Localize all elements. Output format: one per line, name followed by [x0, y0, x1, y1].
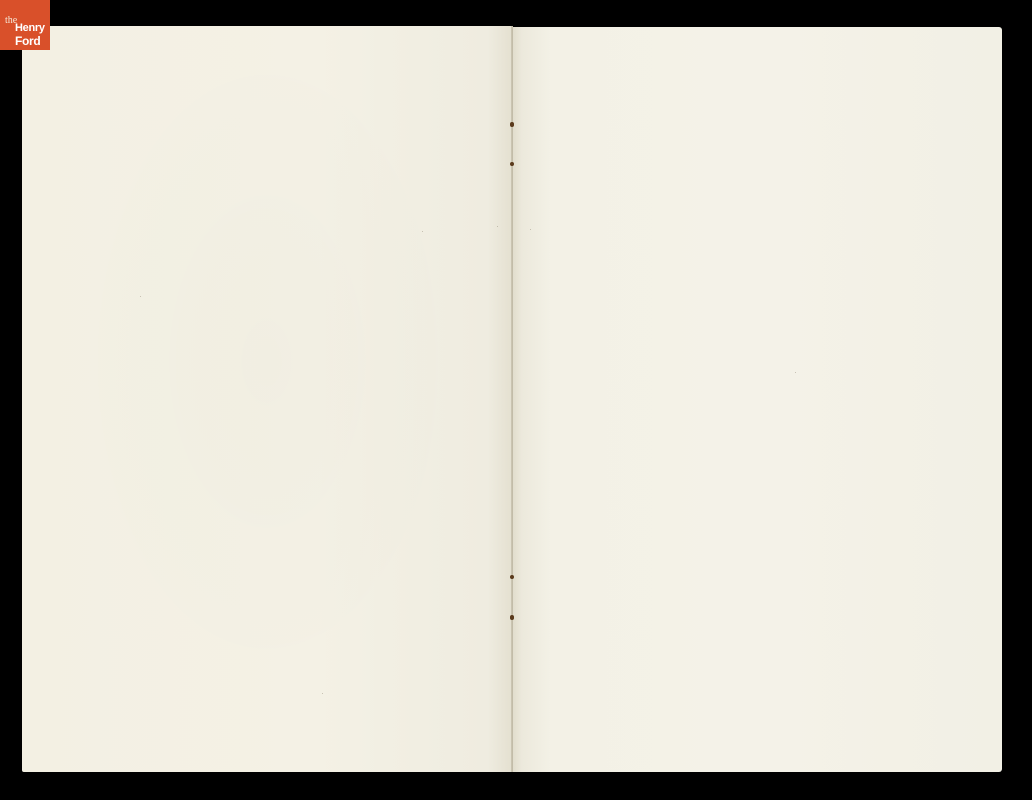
binding-gutter	[511, 26, 513, 772]
logo-text-ford: Ford	[15, 35, 40, 47]
paper-speck	[422, 231, 423, 232]
scan-viewer: the Henry Ford	[0, 0, 1032, 800]
booklet-spread	[22, 26, 1002, 772]
right-page	[512, 27, 1002, 772]
paper-speck	[140, 296, 141, 297]
paper-speck	[322, 693, 323, 694]
logo-text-henry: Henry	[15, 23, 45, 34]
paper-speck	[530, 229, 531, 230]
henry-ford-logo: the Henry Ford	[0, 0, 50, 50]
staple-mark	[510, 615, 514, 620]
left-page	[22, 26, 512, 772]
staple-mark	[510, 122, 514, 127]
paper-speck	[497, 226, 498, 227]
staple-mark	[510, 162, 514, 166]
staple-mark	[510, 575, 514, 579]
paper-speck	[795, 372, 796, 373]
